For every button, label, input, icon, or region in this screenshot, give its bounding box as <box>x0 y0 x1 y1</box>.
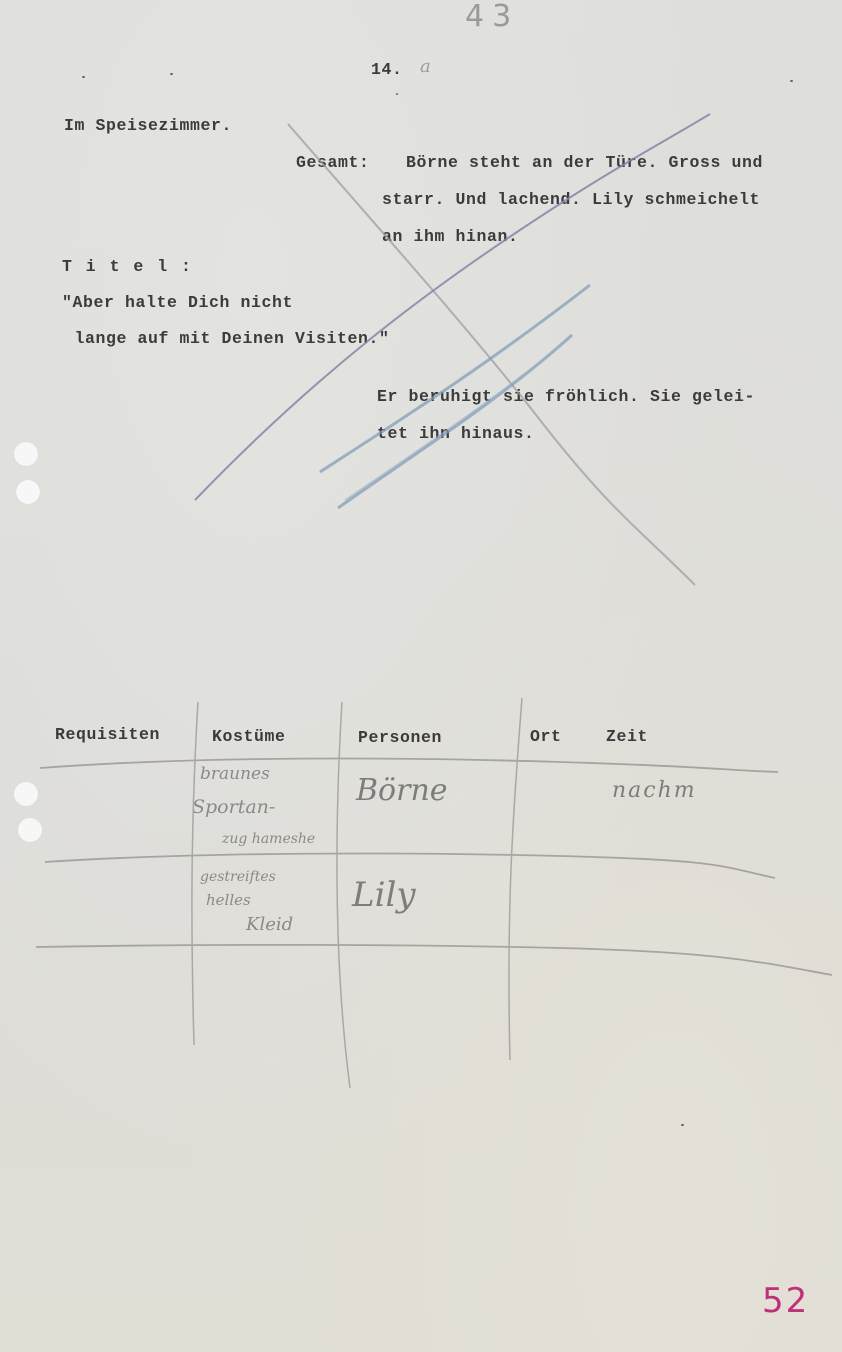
punch-hole <box>14 782 38 806</box>
punch-hole <box>16 480 40 504</box>
paper-speck <box>82 76 85 78</box>
punch-hole <box>18 818 42 842</box>
blue-crayon-strike-line <box>345 340 568 500</box>
table-rule-horizontal <box>40 758 778 772</box>
paper-speck <box>396 93 398 95</box>
table-header-kostueme: Kostüme <box>212 729 286 746</box>
paper-speck <box>681 1124 684 1126</box>
archive-number: 43 <box>465 2 519 32</box>
table-rule-horizontal <box>36 945 832 975</box>
person-name: Lily <box>352 878 416 912</box>
table-header-zeit: Zeit <box>606 729 648 746</box>
shot-line: an ihm hinan. <box>382 229 519 246</box>
table-header-personen: Personen <box>358 730 442 747</box>
page-number: 52 <box>762 1284 809 1318</box>
shot-line: starr. Und lachend. Lily schmeichelt <box>382 192 760 209</box>
scene-suffix: a <box>420 58 431 76</box>
blue-crayon-strike-line <box>338 335 572 508</box>
shot-line: Börne steht an der Türe. Gross und <box>406 155 763 172</box>
costume-line: zug hameshe <box>222 832 315 846</box>
table-rule-vertical <box>509 698 522 1060</box>
shot-label: Gesamt: <box>296 155 370 172</box>
scanned-script-page: 43 14. a Im Speisezimmer. Gesamt: Börne … <box>0 0 842 1352</box>
action-line: Er beruhigt sie fröhlich. Sie gelei- <box>377 389 755 406</box>
person-name: Börne <box>356 776 448 806</box>
scene-location: Im Speisezimmer. <box>64 118 232 135</box>
title-line: lange auf mit Deinen Visiten." <box>64 331 390 348</box>
paper-speck <box>790 80 793 82</box>
costume-line: Sportan- <box>192 798 275 817</box>
costume-line: Kleid <box>246 916 293 934</box>
paper-speck <box>170 73 173 75</box>
costume-line: braunes <box>200 766 270 783</box>
action-line: tet ihn hinaus. <box>377 426 535 443</box>
title-label: T i t e l : <box>62 259 193 276</box>
table-header-ort: Ort <box>530 729 562 746</box>
costume-line: gestreiftes <box>200 870 276 884</box>
table-rule-vertical <box>337 702 350 1088</box>
table-header-requisiten: Requisiten <box>55 727 160 744</box>
punch-hole <box>14 442 38 466</box>
costume-line: helles <box>206 893 251 908</box>
time-value: nachm <box>612 780 697 802</box>
scene-number: 14. <box>371 62 403 79</box>
blue-crayon-strike-line <box>320 285 590 472</box>
title-line: "Aber halte Dich nicht <box>62 295 293 312</box>
table-rule-vertical <box>192 702 198 1045</box>
